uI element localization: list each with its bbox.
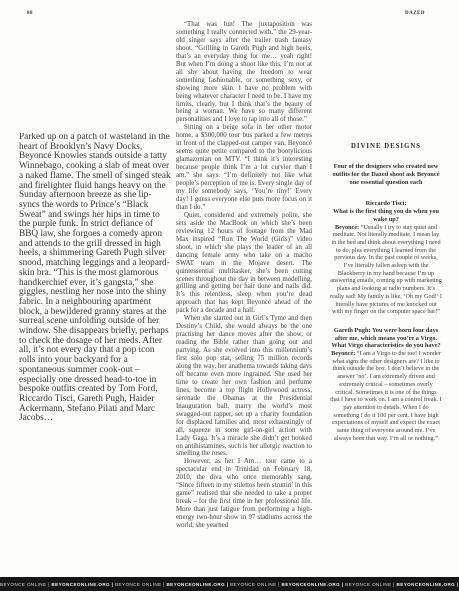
footer-link: BEYONCEONLINE.ORG | (395, 582, 459, 587)
qa-question: Riccardo Tisci: What is the first thing … (330, 200, 442, 223)
qa-answer: Beyoncé: “Usually I try to stay quiet an… (330, 224, 442, 316)
article-paragraph: “That was fun! The juxtaposition was som… (176, 21, 312, 124)
footer-bar: BEYONCE ONLINE | BEYONCEONLINE.ORG | BEY… (0, 577, 459, 591)
footer-link: BEYONCE ONLINE | (0, 582, 50, 587)
qa-question: Gareth Pugh: You were born four days aft… (330, 327, 442, 350)
magazine-name: DAZED (405, 11, 425, 16)
qa-answer-speaker: Beyoncé: (331, 350, 355, 357)
sidebar-title: DIVINE DESIGNS (330, 143, 442, 150)
article-paragraph: Sitting on a beige sofa in her other mot… (176, 124, 312, 211)
magazine-page: 88 DAZED Parked up on a patch of wastela… (0, 0, 459, 600)
qa-answer: Beyoncé: “I am a Virgo to the toe! I won… (330, 350, 442, 442)
footer-link: BEYONCEONLINE.ORG | (50, 582, 114, 587)
qa-answer-text: “Usually I try to stay quiet and meditat… (330, 224, 442, 316)
footer-text: BEYONCE ONLINE | BEYONCEONLINE.ORG | BEY… (0, 582, 459, 587)
sidebar-qa-block: Gareth Pugh: You were born four days aft… (330, 327, 442, 443)
article-body-column: “That was fun! The juxtaposition was som… (176, 21, 312, 574)
sidebar-intro: Four of the designers who created new ou… (330, 163, 442, 186)
article-paragraph: When she started out in Girl’s Tyme and … (176, 315, 312, 458)
sidebar-column: DIVINE DESIGNS Four of the designers who… (330, 143, 442, 473)
footer-link: BEYONCE ONLINE | (113, 582, 164, 587)
article-intro-column: Parked up on a patch of wasteland in the… (19, 133, 171, 533)
qa-answer-text: “I am a Virgo to the toe! I wonder what … (330, 350, 442, 442)
qa-answer-speaker: Beyoncé: (335, 224, 359, 231)
footer-link: BEYONCEONLINE.ORG | (165, 582, 229, 587)
footer-link: BEYONCE ONLINE | (343, 582, 394, 587)
footer-link: BEYONCEONLINE.ORG | (280, 582, 344, 587)
page-number: 88 (27, 11, 33, 16)
footer-link: BEYONCE ONLINE | (228, 582, 279, 587)
article-paragraph: However, as her I Am… tour came to a spe… (176, 458, 312, 530)
sidebar-qa-block: Riccardo Tisci: What is the first thing … (330, 200, 442, 316)
article-paragraph: Quiet, considered and extremely polite, … (176, 212, 312, 315)
article-intro-paragraph: Parked up on a patch of wasteland in the… (19, 133, 171, 424)
